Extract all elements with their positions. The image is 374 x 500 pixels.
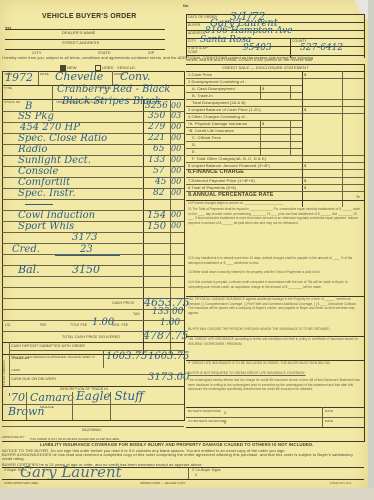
make-divider: [112, 71, 113, 85]
salesman-label: SALESMAN: [82, 428, 101, 433]
make-label: MAKE: [40, 72, 49, 77]
deferred-payment-label: 7.Deferred Payment Price (1+4F+6): [188, 178, 255, 183]
liens-label: LIENS: [11, 368, 20, 373]
col: [260, 120, 261, 155]
rule: [2, 287, 184, 288]
col: [290, 120, 291, 155]
credit-life-affirmation: The undersigned hereby affirms that the …: [188, 378, 362, 405]
dealer-name-label: DEALER'S NAME: [62, 30, 95, 35]
sig-divider: [188, 467, 189, 479]
rule: [186, 407, 364, 408]
tradein-year[interactable]: '70: [8, 391, 25, 404]
footer-left: FORM APPROVED (SEE): [4, 481, 39, 486]
reg-fee-label: REG. FEE: [112, 323, 128, 328]
state-zip-label: STATE & ZIP CODE: [188, 47, 212, 54]
total-payments-label: 8.Total of Payments (5+6): [188, 185, 236, 190]
credit-cents-col: [342, 71, 343, 207]
credit-life-not-required: BUYER IS NOT REQUIRED TO OBTAIN CREDIT L…: [188, 371, 362, 376]
buyer-label: BUYER: [188, 23, 200, 28]
title-fee-handwritten: 1.00: [92, 317, 114, 328]
insurance-choice-note: BUYER MAY CHOOSE THE PERSON THROUGH WHIC…: [188, 327, 362, 335]
cobuyer-sig-label: CO-BUYER'S SIGNATURE: [188, 419, 227, 424]
rule: [2, 276, 184, 277]
note-balance-label: Bal.: [18, 263, 40, 276]
total-value[interactable]: 4787.75: [143, 329, 189, 342]
rule: [186, 427, 364, 428]
zip-value[interactable]: 95403: [243, 43, 272, 53]
tax-value[interactable]: 133.00: [152, 307, 184, 317]
header-right-bottom: [186, 55, 364, 56]
rule: [186, 71, 364, 72]
tradein-allowance[interactable]: 1603.75: [106, 351, 147, 362]
form-title: VEHICLE BUYER'S ORDER: [42, 13, 137, 20]
term-11: 11.The Total of Payments shall be repaid…: [188, 207, 362, 252]
rule: [186, 148, 302, 149]
cash-price-label: CASH PRICE: [112, 301, 134, 306]
buyers-order-form: VEHICLE BUYER'S ORDER TO DEALER'S NAME S…: [0, 0, 368, 490]
paper-shadow: [0, 488, 374, 500]
deposit-label: CASH DEPOSIT SUBMITTED WITH ORDER: [11, 344, 85, 349]
tradein-divider: [103, 350, 104, 368]
type-label: TYPE: [4, 86, 12, 91]
type-divider: [52, 85, 53, 99]
strike-mark: [25, 204, 53, 205]
rule: [2, 479, 364, 480]
year-value[interactable]: 1972: [5, 71, 33, 84]
deferred-payment-value: $: [304, 178, 306, 183]
note-underline: [55, 255, 120, 256]
rule: [186, 417, 364, 418]
tradein-col: [110, 392, 111, 420]
approved-label: APPROVED BY: [2, 435, 25, 440]
credit-box-right: [364, 64, 365, 442]
reverse-conditions-note: herein, and the ADDITIONAL CONDITIONS pr…: [186, 58, 312, 63]
finance-charge-label: 6.FINANCE CHARGE: [188, 170, 244, 175]
order-number-label: No: [183, 3, 189, 8]
footer-middle: ORDER FORM — DEALER COPY: [140, 481, 186, 486]
tradein-extra[interactable]: Brown: [8, 405, 44, 418]
city-line: [5, 49, 165, 50]
tradein-col: [72, 392, 73, 420]
street-address-label: STREET ADDRESS: [62, 40, 99, 45]
rule: [186, 141, 302, 142]
buyer-acknowledges: BUYER ACKNOWLEDGES he has read and recei…: [2, 453, 364, 462]
header-right-edge: [364, 14, 365, 58]
tradein-sub-label: ALLOWANCE AS APPRAISED / BALANCE OWED TO: [28, 356, 98, 359]
stock-label: STOCK NO.: [4, 100, 21, 105]
liability-notice: LIABILITY INSURANCE COVERAGE FOR BODILY …: [40, 442, 314, 447]
torn-corner: [354, 0, 368, 20]
rule: [2, 199, 184, 200]
title-fee-label: TITLE FEE: [70, 323, 87, 328]
zip-label: ZIP: [148, 50, 155, 55]
credit-date-label: DATE: [325, 409, 333, 414]
total-label: TOTAL CASH PRICE DELIVERED: [62, 335, 120, 340]
make-value[interactable]: Chevelle: [55, 70, 103, 83]
note-balance-value: 3150: [72, 263, 100, 276]
term-14: 14.If this contract is prepaid, a refund…: [188, 280, 362, 294]
credit-life-sign-note: IF CREDIT LIFE INSURANCE IS TO BE INCLUD…: [188, 361, 362, 370]
stock-divider: [52, 99, 53, 111]
rule: [2, 420, 184, 421]
order-box-right: [184, 71, 185, 421]
credit-life-insurance: *4B. CREDIT LIFE INSURANCE according to …: [188, 337, 362, 359]
title-fee-value[interactable]: 1.00: [160, 318, 180, 328]
model-value[interactable]: Conv.: [120, 70, 151, 83]
cash-due-value[interactable]: 3173.00: [148, 372, 189, 383]
apr-label: 9.ANNUAL PERCENTAGE RATE: [188, 193, 274, 198]
lic-fee-label: FEE: [40, 323, 47, 328]
note-subtotal: 3173: [72, 232, 97, 243]
buyer-sig-label: BUYER'S SIGNATURE: [188, 409, 221, 414]
color-value[interactable]: Cranberry Red - Black: [57, 84, 170, 95]
credit-statement-heading: CREDIT SALE — DISCLOSURE STATEMENT: [222, 65, 309, 70]
header-right-border: [186, 14, 187, 58]
tradein-make[interactable]: Camaro: [30, 391, 74, 404]
side-divider: [9, 342, 10, 386]
total-payments-value: $: [304, 185, 306, 190]
city-label: CITY: [32, 50, 42, 55]
credit-amount-col: [302, 71, 303, 207]
year-divider: [38, 71, 39, 85]
tax-label: TAX: [133, 312, 140, 317]
cobuyer-x: X: [195, 473, 197, 478]
phone-value[interactable]: 527-6412: [300, 43, 343, 53]
state-label: STATE: [98, 50, 111, 55]
tradein-net[interactable]: 1603.75: [148, 351, 189, 362]
physical-damage-insurance: *4A. PHYSICAL DAMAGE INSURANCE against a…: [188, 297, 362, 327]
tradein-label: TRADE-IN: [11, 356, 29, 361]
rule: [2, 342, 184, 343]
term-12: 12.If any installment is in default more…: [188, 256, 362, 270]
lic-label: LIC.: [5, 323, 11, 328]
city-right-label: CITY: [188, 39, 196, 44]
buyer-sig-x: X: [224, 411, 226, 416]
credits-side-label: TOTAL CREDITS: [2, 343, 7, 385]
rule: [2, 426, 184, 427]
cash-due-label: CASH DUE ON DELIVERY: [11, 377, 57, 382]
apr-symbol: %: [356, 194, 360, 199]
credit-date-label-2: DATE: [325, 419, 333, 424]
term-13: 13.Seller shall have a security interest…: [188, 270, 362, 280]
amount-column-left: [143, 99, 144, 354]
footer-right: LITHO IN U.S.A.: [330, 481, 352, 486]
order-statement: I hereby order from you, subject to all …: [2, 56, 368, 61]
note-credit-label: Cred.: [12, 244, 40, 255]
cobuyer-sig-x: X: [224, 421, 226, 426]
note-credit-value: 23: [80, 244, 93, 255]
